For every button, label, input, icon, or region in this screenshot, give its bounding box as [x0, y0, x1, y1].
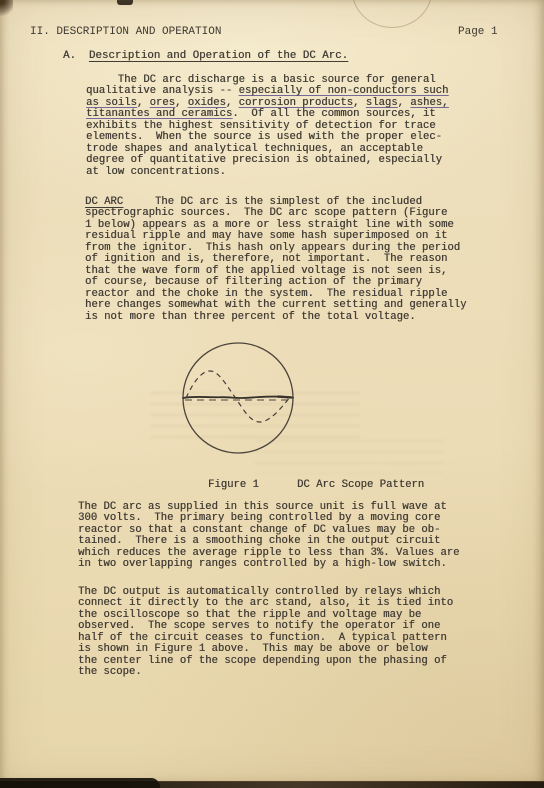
- scan-artifact-top-edge-mark: [117, 0, 133, 5]
- solid-dc-trace-line: [183, 396, 293, 398]
- typewritten-line: the scope.: [78, 667, 453, 678]
- scan-artifact-top-left-spot: [0, 0, 13, 17]
- typewritten-line: is not more than three percent of the to…: [85, 312, 466, 323]
- typewritten-line: at low concentrations.: [86, 167, 448, 178]
- paragraph-source-unit-supply: The DC arc as supplied in this source un…: [78, 502, 459, 571]
- paragraph-dc-output-relays: The DC output is automatically controlle…: [78, 587, 453, 679]
- figure-caption: Figure 1 DC Arc Scope Pattern: [208, 480, 424, 491]
- typewritten-line: Figure 1 DC Arc Scope Pattern: [208, 480, 424, 491]
- page-number: Page 1: [458, 27, 498, 38]
- typewritten-line: in two overlapping ranges controlled by …: [78, 559, 459, 570]
- subsection-heading: A. Description and Operation of the DC A…: [63, 51, 348, 62]
- typewritten-line: A. Description and Operation of the DC A…: [63, 51, 348, 62]
- paragraph-dc-arc-description: DC ARC The DC arc is the simplest of the…: [85, 197, 466, 323]
- dc-arc-scope-pattern-figure: [176, 337, 300, 461]
- solid-trace-end-thickening: [278, 397, 291, 398]
- paragraph-dc-arc-intro: The DC arc discharge is a basic source f…: [86, 75, 448, 178]
- scan-artifact-bottom-left-wedge: [0, 778, 160, 788]
- section-heading: II. DESCRIPTION AND OPERATION: [30, 27, 221, 38]
